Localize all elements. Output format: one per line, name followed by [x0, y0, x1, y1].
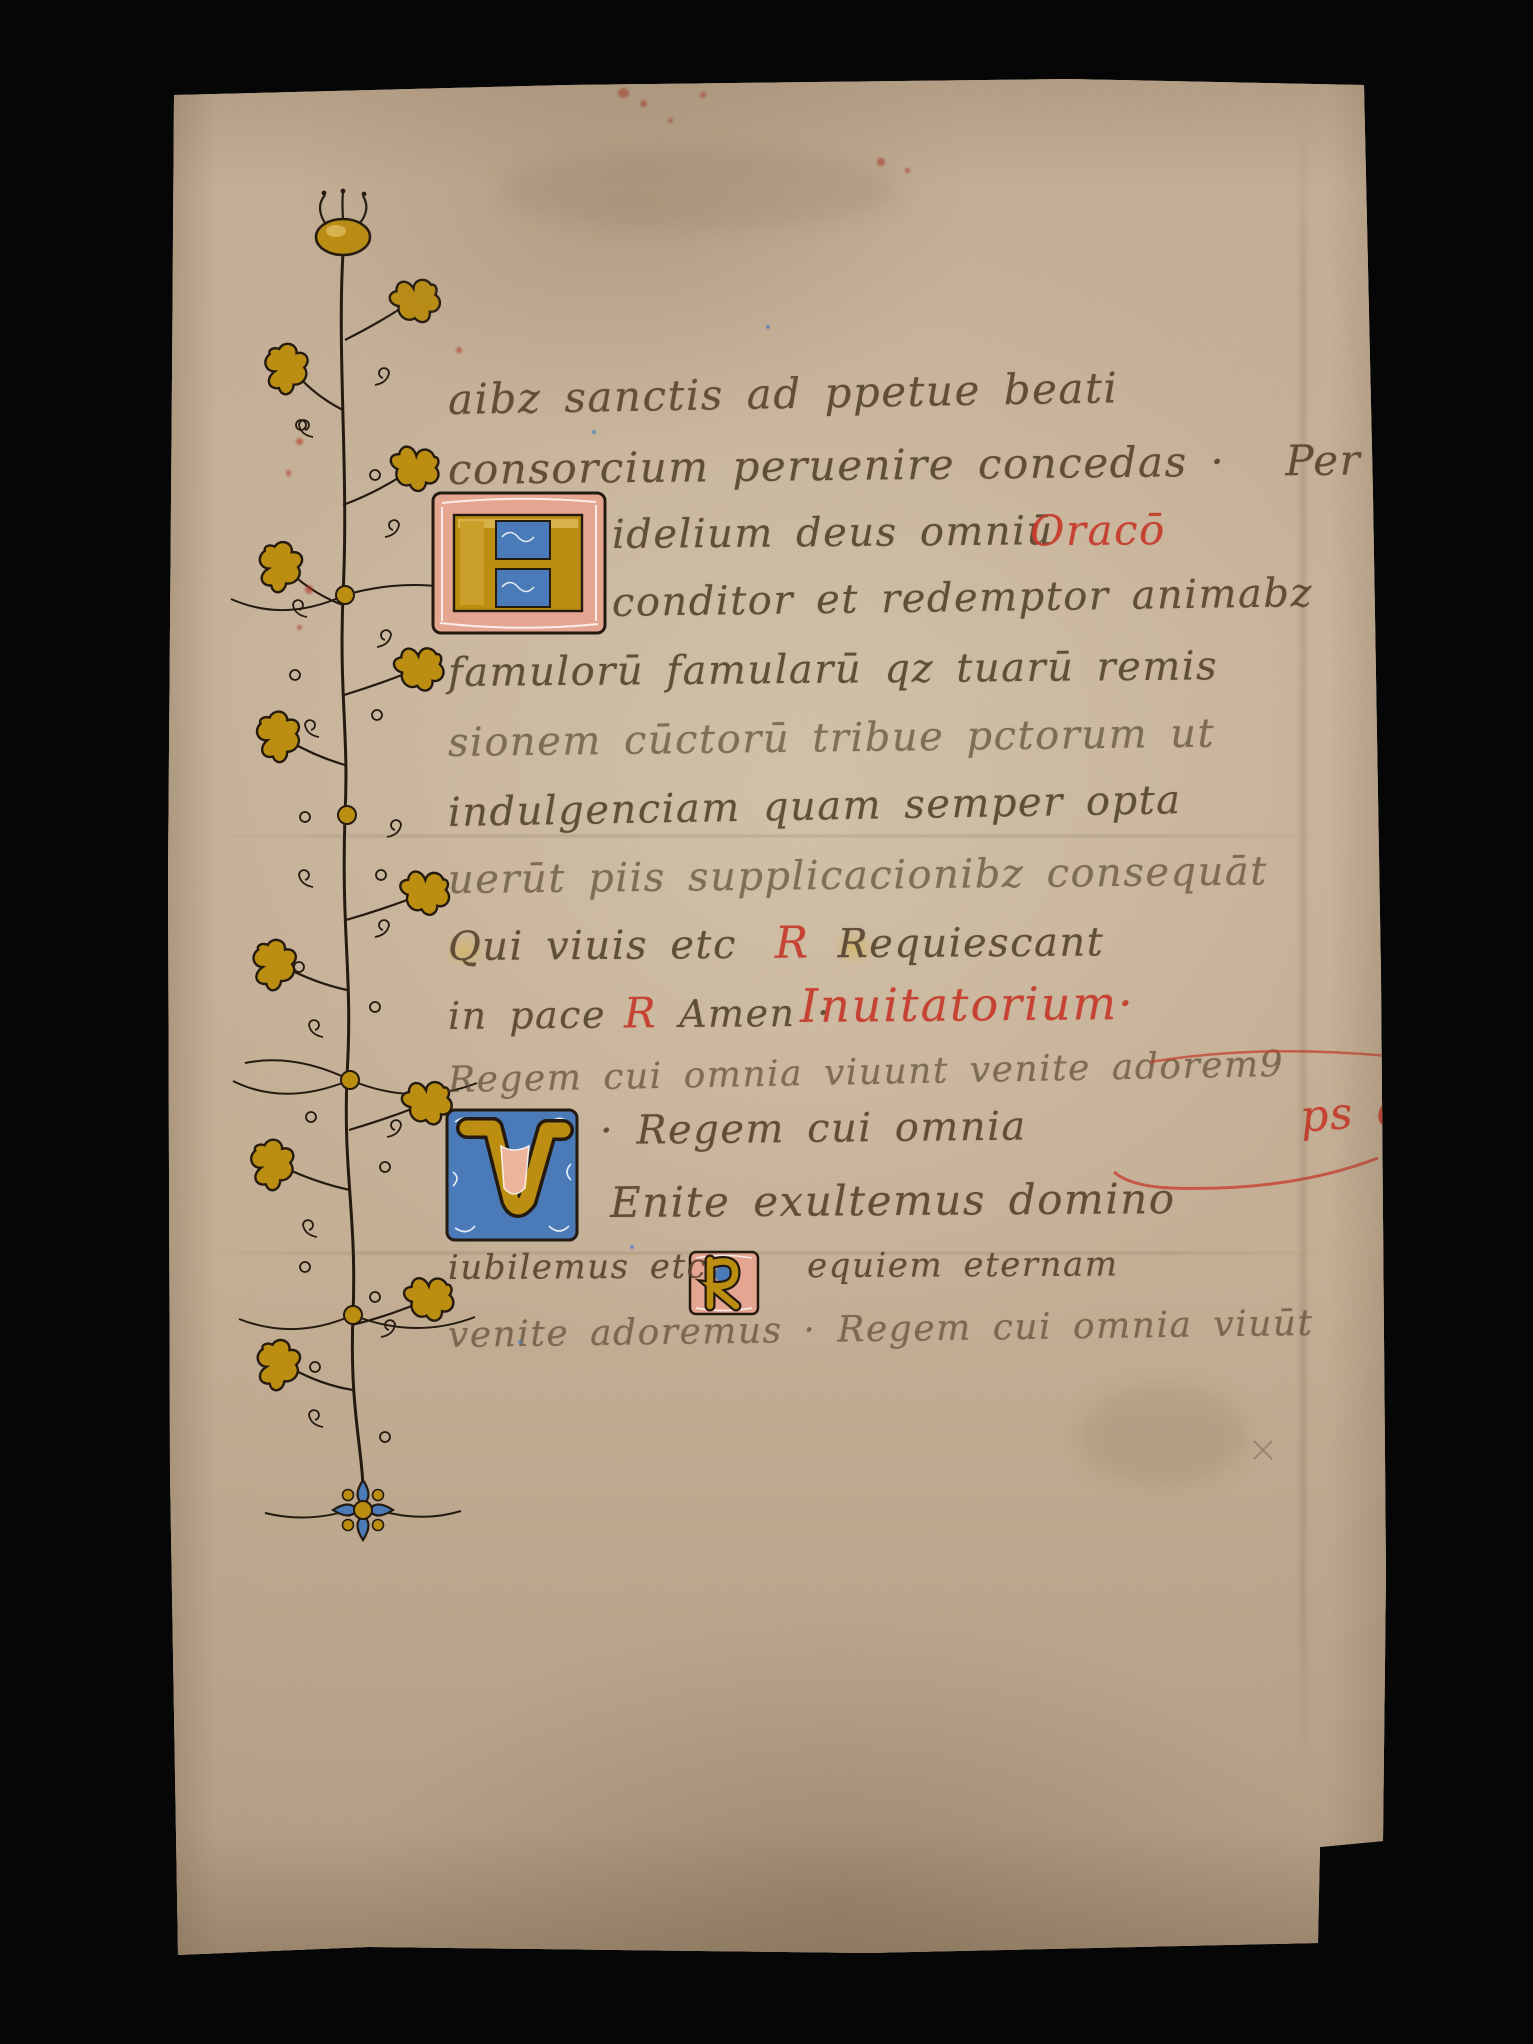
red-stain-dot: [668, 118, 673, 123]
gold-trefoil-leaf: [388, 635, 452, 699]
brown-smudge: [1078, 1385, 1248, 1485]
latin-text: famulorū famularū qz tuarū remis: [448, 643, 1218, 696]
latin-text: Per: [1285, 435, 1361, 485]
response-mark: R: [775, 917, 810, 968]
manuscript-photo: aibz sanctis ad ppetue beati consorcium …: [0, 0, 1533, 2044]
latin-text: aibz sanctis ad ppetue beati: [448, 363, 1119, 424]
text-line: conditor et redemptor animabz: [612, 570, 1314, 626]
rubric-oracio: Oracō: [1030, 505, 1166, 555]
red-stain-dot: [700, 92, 706, 98]
gold-trefoil-leaf: [239, 1132, 303, 1196]
text-line: indulgenciam quam semper opta: [448, 777, 1182, 836]
text-line: uerūt piis supplicacionibz consequāt: [448, 848, 1268, 903]
vine-nodes: [336, 586, 362, 1324]
latin-text: equiem eternam: [807, 1244, 1119, 1286]
latin-text: sionem cūctorū tribue pctorum ut: [448, 711, 1216, 766]
red-stain-dot: [305, 585, 313, 594]
text-line: · Regem cui omniaps dauid: [600, 1104, 1027, 1154]
red-stain-dot: [297, 625, 302, 630]
gold-trefoil-leaves: [239, 267, 462, 1396]
illuminated-initial-V: [443, 1102, 583, 1247]
gold-trefoil-leaf: [247, 534, 311, 598]
scratch-cross-mark: [1250, 1437, 1276, 1463]
latin-text: uerūt piis supplicacionibz consequāt: [448, 848, 1268, 903]
red-stain-dot: [640, 100, 647, 107]
floral-vine-border: [225, 175, 485, 1575]
blue-quatrefoil-flower: [333, 1480, 393, 1540]
latin-text: in pace: [448, 993, 606, 1038]
text-line: sionem cūctorū tribue pctorum ut: [448, 711, 1216, 766]
text-line: Qui viuis etcRRequiescant: [448, 915, 1105, 971]
latin-text: idelium deus omniū: [612, 508, 1054, 558]
crease-line: [208, 835, 1328, 837]
text-line: famulorū famularū qz tuarū remis: [448, 643, 1218, 696]
gold-trefoil-leaf: [245, 704, 308, 767]
illuminated-initial-F: [430, 485, 610, 640]
brown-smudge: [498, 150, 898, 230]
red-stain-dot: [905, 168, 910, 173]
gold-trefoil-leaf: [245, 1332, 309, 1396]
parchment-leaf: aibz sanctis ad ppetue beati consorcium …: [168, 75, 1390, 1960]
fold-line: [1300, 120, 1306, 1770]
text-line: aibz sanctis ad ppetue beati: [448, 363, 1119, 424]
red-stain-dot: [286, 470, 291, 476]
red-stain-dot: [296, 438, 303, 445]
gold-seed-pod: [316, 189, 370, 255]
red-pen-flourish: [1090, 1040, 1400, 1210]
latin-text: indulgenciam quam semper opta: [448, 777, 1182, 836]
red-stain-dot: [618, 88, 629, 98]
gold-trefoil-leaf: [253, 336, 317, 400]
rubric-invitatorium: Inuitatorium·: [800, 976, 1135, 1033]
latin-text: · Regem cui omnia: [600, 1104, 1027, 1154]
red-stain-dot: [877, 158, 885, 166]
text-line: idelium deus omniūOracō: [612, 508, 1054, 558]
latin-text: Qui viuis etc: [448, 922, 737, 970]
ink-ringlets: [290, 420, 390, 1442]
text-line: consorcium peruenire concedas ·Per: [448, 435, 1362, 494]
blue-speck: [630, 1245, 634, 1249]
blue-speck: [518, 1340, 522, 1344]
red-stain-dot: [456, 347, 462, 353]
latin-text: conditor et redemptor animabz: [612, 570, 1314, 626]
latin-text: consorcium peruenire concedas ·: [448, 437, 1226, 494]
blue-speck: [766, 325, 770, 329]
text-line: venite adoremus · Regem cui omnia viuūt: [448, 1303, 1314, 1356]
crease-line: [198, 1252, 1338, 1254]
gold-trefoil-leaf: [384, 267, 448, 331]
text-line: in paceRAmen ·Inuitatorium·: [448, 987, 831, 1039]
blue-speck: [592, 430, 596, 434]
latin-text: venite adoremus · Regem cui omnia viuūt: [448, 1303, 1314, 1356]
response-mark: R: [624, 988, 658, 1037]
latin-text: Requiescant: [837, 919, 1104, 967]
